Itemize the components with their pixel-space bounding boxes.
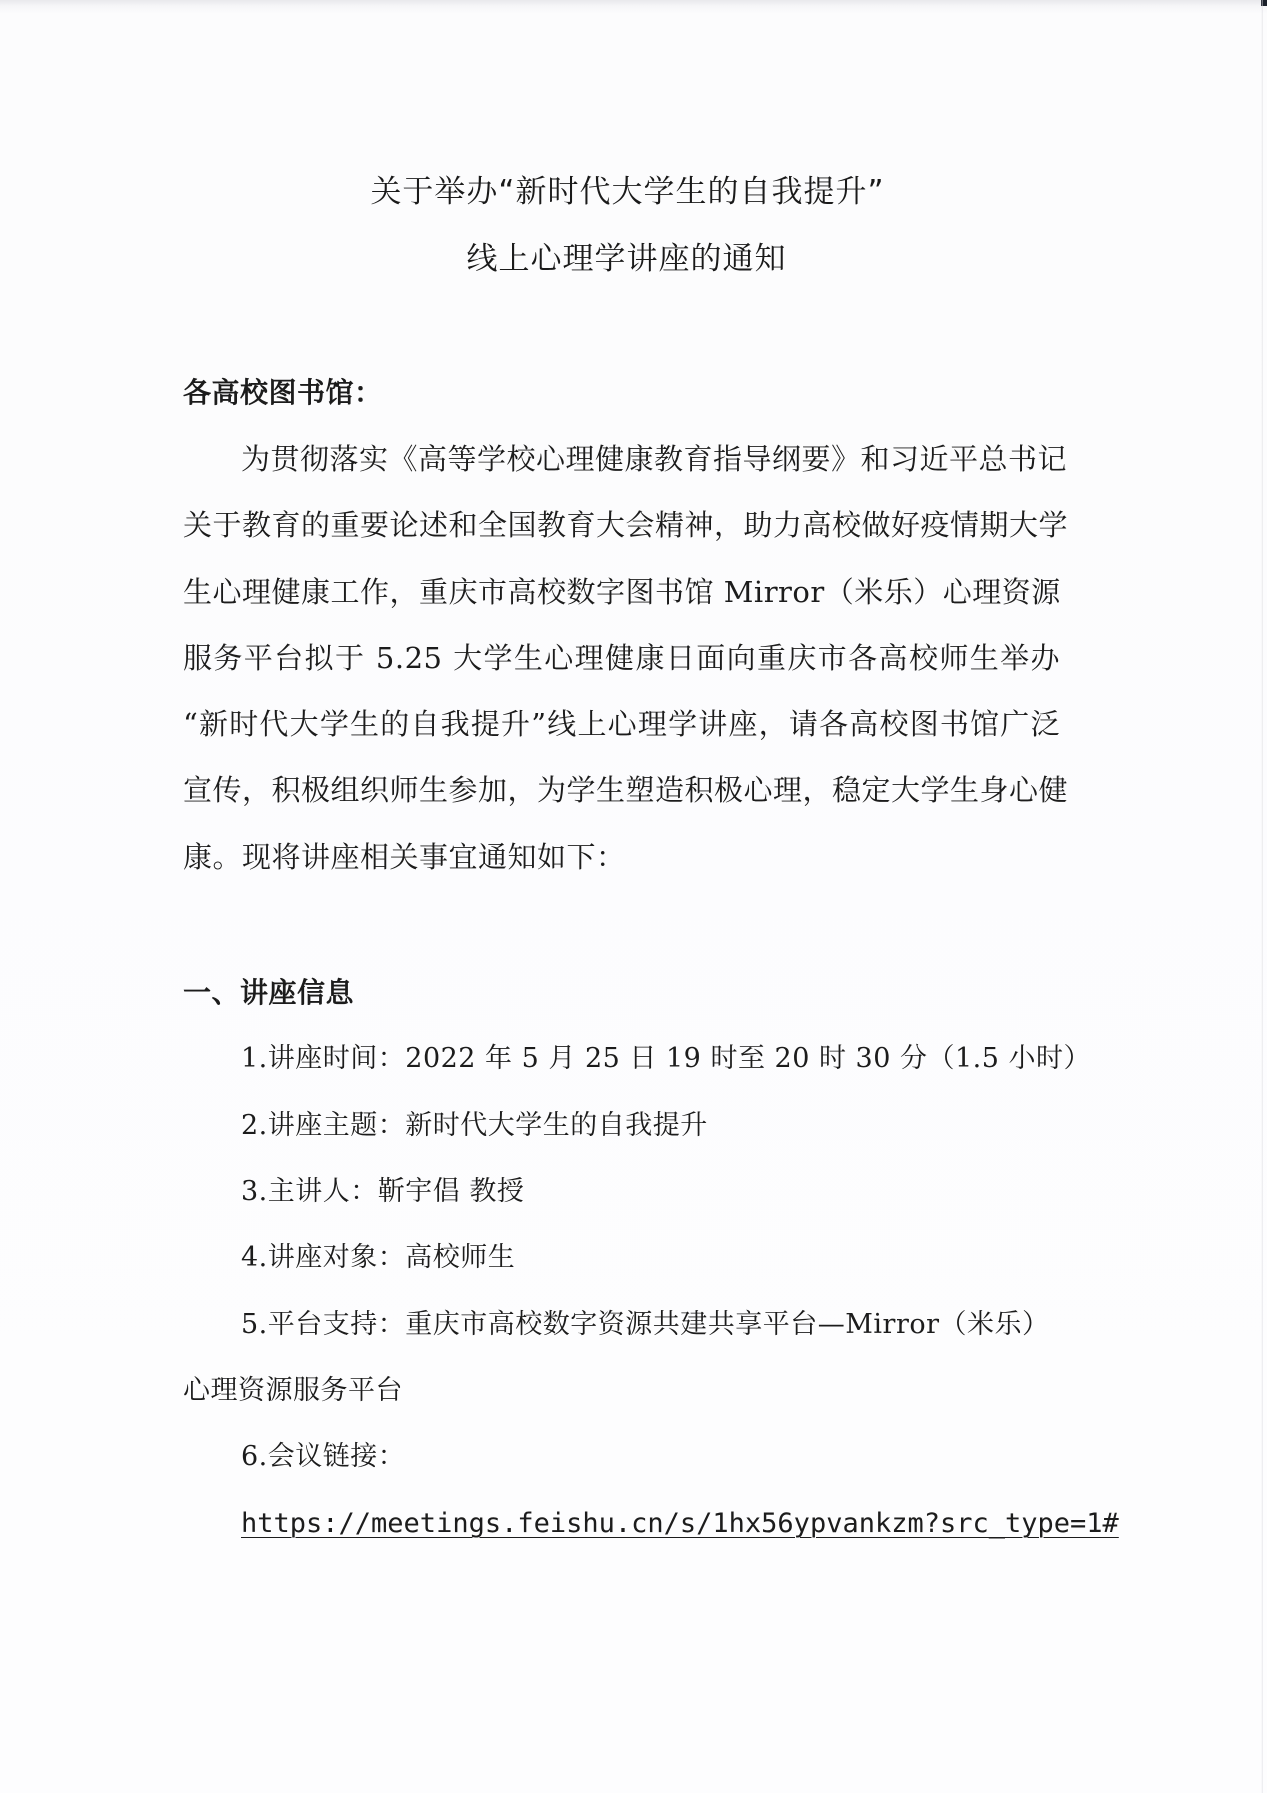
section-heading-lecture-info: 一、讲座信息: [183, 973, 354, 1013]
intro-line-6: 宣传，积极组织师生参加，为学生塑造积极心理，稳定大学生身心健: [183, 770, 1060, 810]
meeting-link[interactable]: https://meetings.feishu.cn/s/1hx56ypvank…: [241, 1504, 1119, 1544]
intro-line-4: 服务平台拟于 5.25 大学生心理健康日面向重庆市各高校师生举办: [183, 638, 1060, 678]
salutation: 各高校图书馆：: [183, 373, 383, 413]
intro-line-3: 生心理健康工作，重庆市高校数字图书馆 Mirror（米乐）心理资源: [183, 572, 1060, 612]
intro-line-7: 康。现将讲座相关事宜通知如下：: [183, 837, 626, 877]
lecture-platform: 5.平台支持：重庆市高校数字资源共建共享平台—Mirror（米乐）: [241, 1305, 1050, 1345]
document-title-line-2: 线上心理学讲座的通知: [0, 237, 1260, 281]
lecture-topic: 2.讲座主题：新时代大学生的自我提升: [241, 1106, 708, 1146]
meeting-link-label: 6.会议链接：: [241, 1437, 405, 1477]
lecture-time: 1.讲座时间：2022 年 5 月 25 日 19 时至 20 时 30 分（1…: [241, 1039, 1091, 1079]
lecture-audience: 4.讲座对象：高校师生: [241, 1238, 515, 1278]
intro-line-2: 关于教育的重要论述和全国教育大会精神，助力高校做好疫情期大学: [183, 505, 1060, 545]
document-title-line-1: 关于举办“新时代大学生的自我提升”: [0, 170, 1261, 214]
document-page: 关于举办“新时代大学生的自我提升” 线上心理学讲座的通知 各高校图书馆： 为贯彻…: [0, 0, 1267, 1793]
lecture-platform-continued: 心理资源服务平台: [183, 1371, 403, 1411]
lecture-speaker: 3.主讲人：靳宇倡 教授: [241, 1172, 524, 1212]
intro-line-5: “新时代大学生的自我提升”线上心理学讲座，请各高校图书馆广泛: [183, 704, 1060, 744]
scan-right-edge: [1261, 0, 1263, 1793]
intro-line-1: 为贯彻落实《高等学校心理健康教育指导纲要》和习近平总书记: [241, 439, 1061, 479]
